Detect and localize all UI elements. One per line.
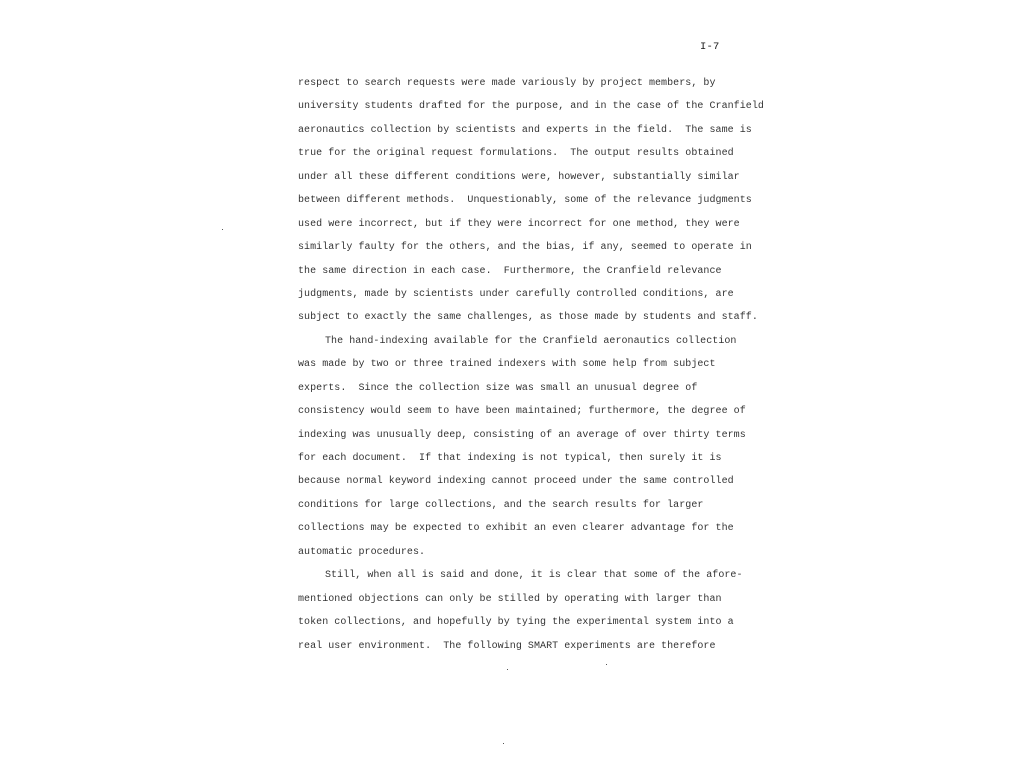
text-line: under all these different conditions wer… [298, 170, 738, 193]
text-line: The hand-indexing available for the Cran… [298, 334, 738, 357]
text-line: mentioned objections can only be stilled… [298, 592, 738, 615]
scan-speck [507, 669, 508, 670]
text-line: conditions for large collections, and th… [298, 498, 738, 521]
text-line: because normal keyword indexing cannot p… [298, 474, 738, 497]
text-line: judgments, made by scientists under care… [298, 287, 738, 310]
scan-speck [606, 664, 607, 665]
text-line: experts. Since the collection size was s… [298, 381, 738, 404]
text-line: indexing was unusually deep, consisting … [298, 428, 738, 451]
text-line: true for the original request formulatio… [298, 146, 738, 169]
text-line: automatic procedures. [298, 545, 738, 568]
text-line: similarly faulty for the others, and the… [298, 240, 738, 263]
text-line: university students drafted for the purp… [298, 99, 738, 122]
text-line: between different methods. Unquestionabl… [298, 193, 738, 216]
text-line: used were incorrect, but if they were in… [298, 217, 738, 240]
text-line: consistency would seem to have been main… [298, 404, 738, 427]
scan-speck [222, 229, 223, 230]
text-line: respect to search requests were made var… [298, 76, 738, 99]
text-line: the same direction in each case. Further… [298, 264, 738, 287]
text-line: token collections, and hopefully by tyin… [298, 615, 738, 638]
text-line: for each document. If that indexing is n… [298, 451, 738, 474]
page-number: I-7 [700, 41, 720, 53]
text-line: aeronautics collection by scientists and… [298, 123, 738, 146]
text-line: Still, when all is said and done, it is … [298, 568, 738, 591]
text-line: was made by two or three trained indexer… [298, 357, 738, 380]
text-line: subject to exactly the same challenges, … [298, 310, 738, 333]
scan-speck [503, 743, 504, 744]
text-line: real user environment. The following SMA… [298, 639, 738, 662]
text-line: collections may be expected to exhibit a… [298, 521, 738, 544]
body-text: respect to search requests were made var… [298, 76, 738, 662]
